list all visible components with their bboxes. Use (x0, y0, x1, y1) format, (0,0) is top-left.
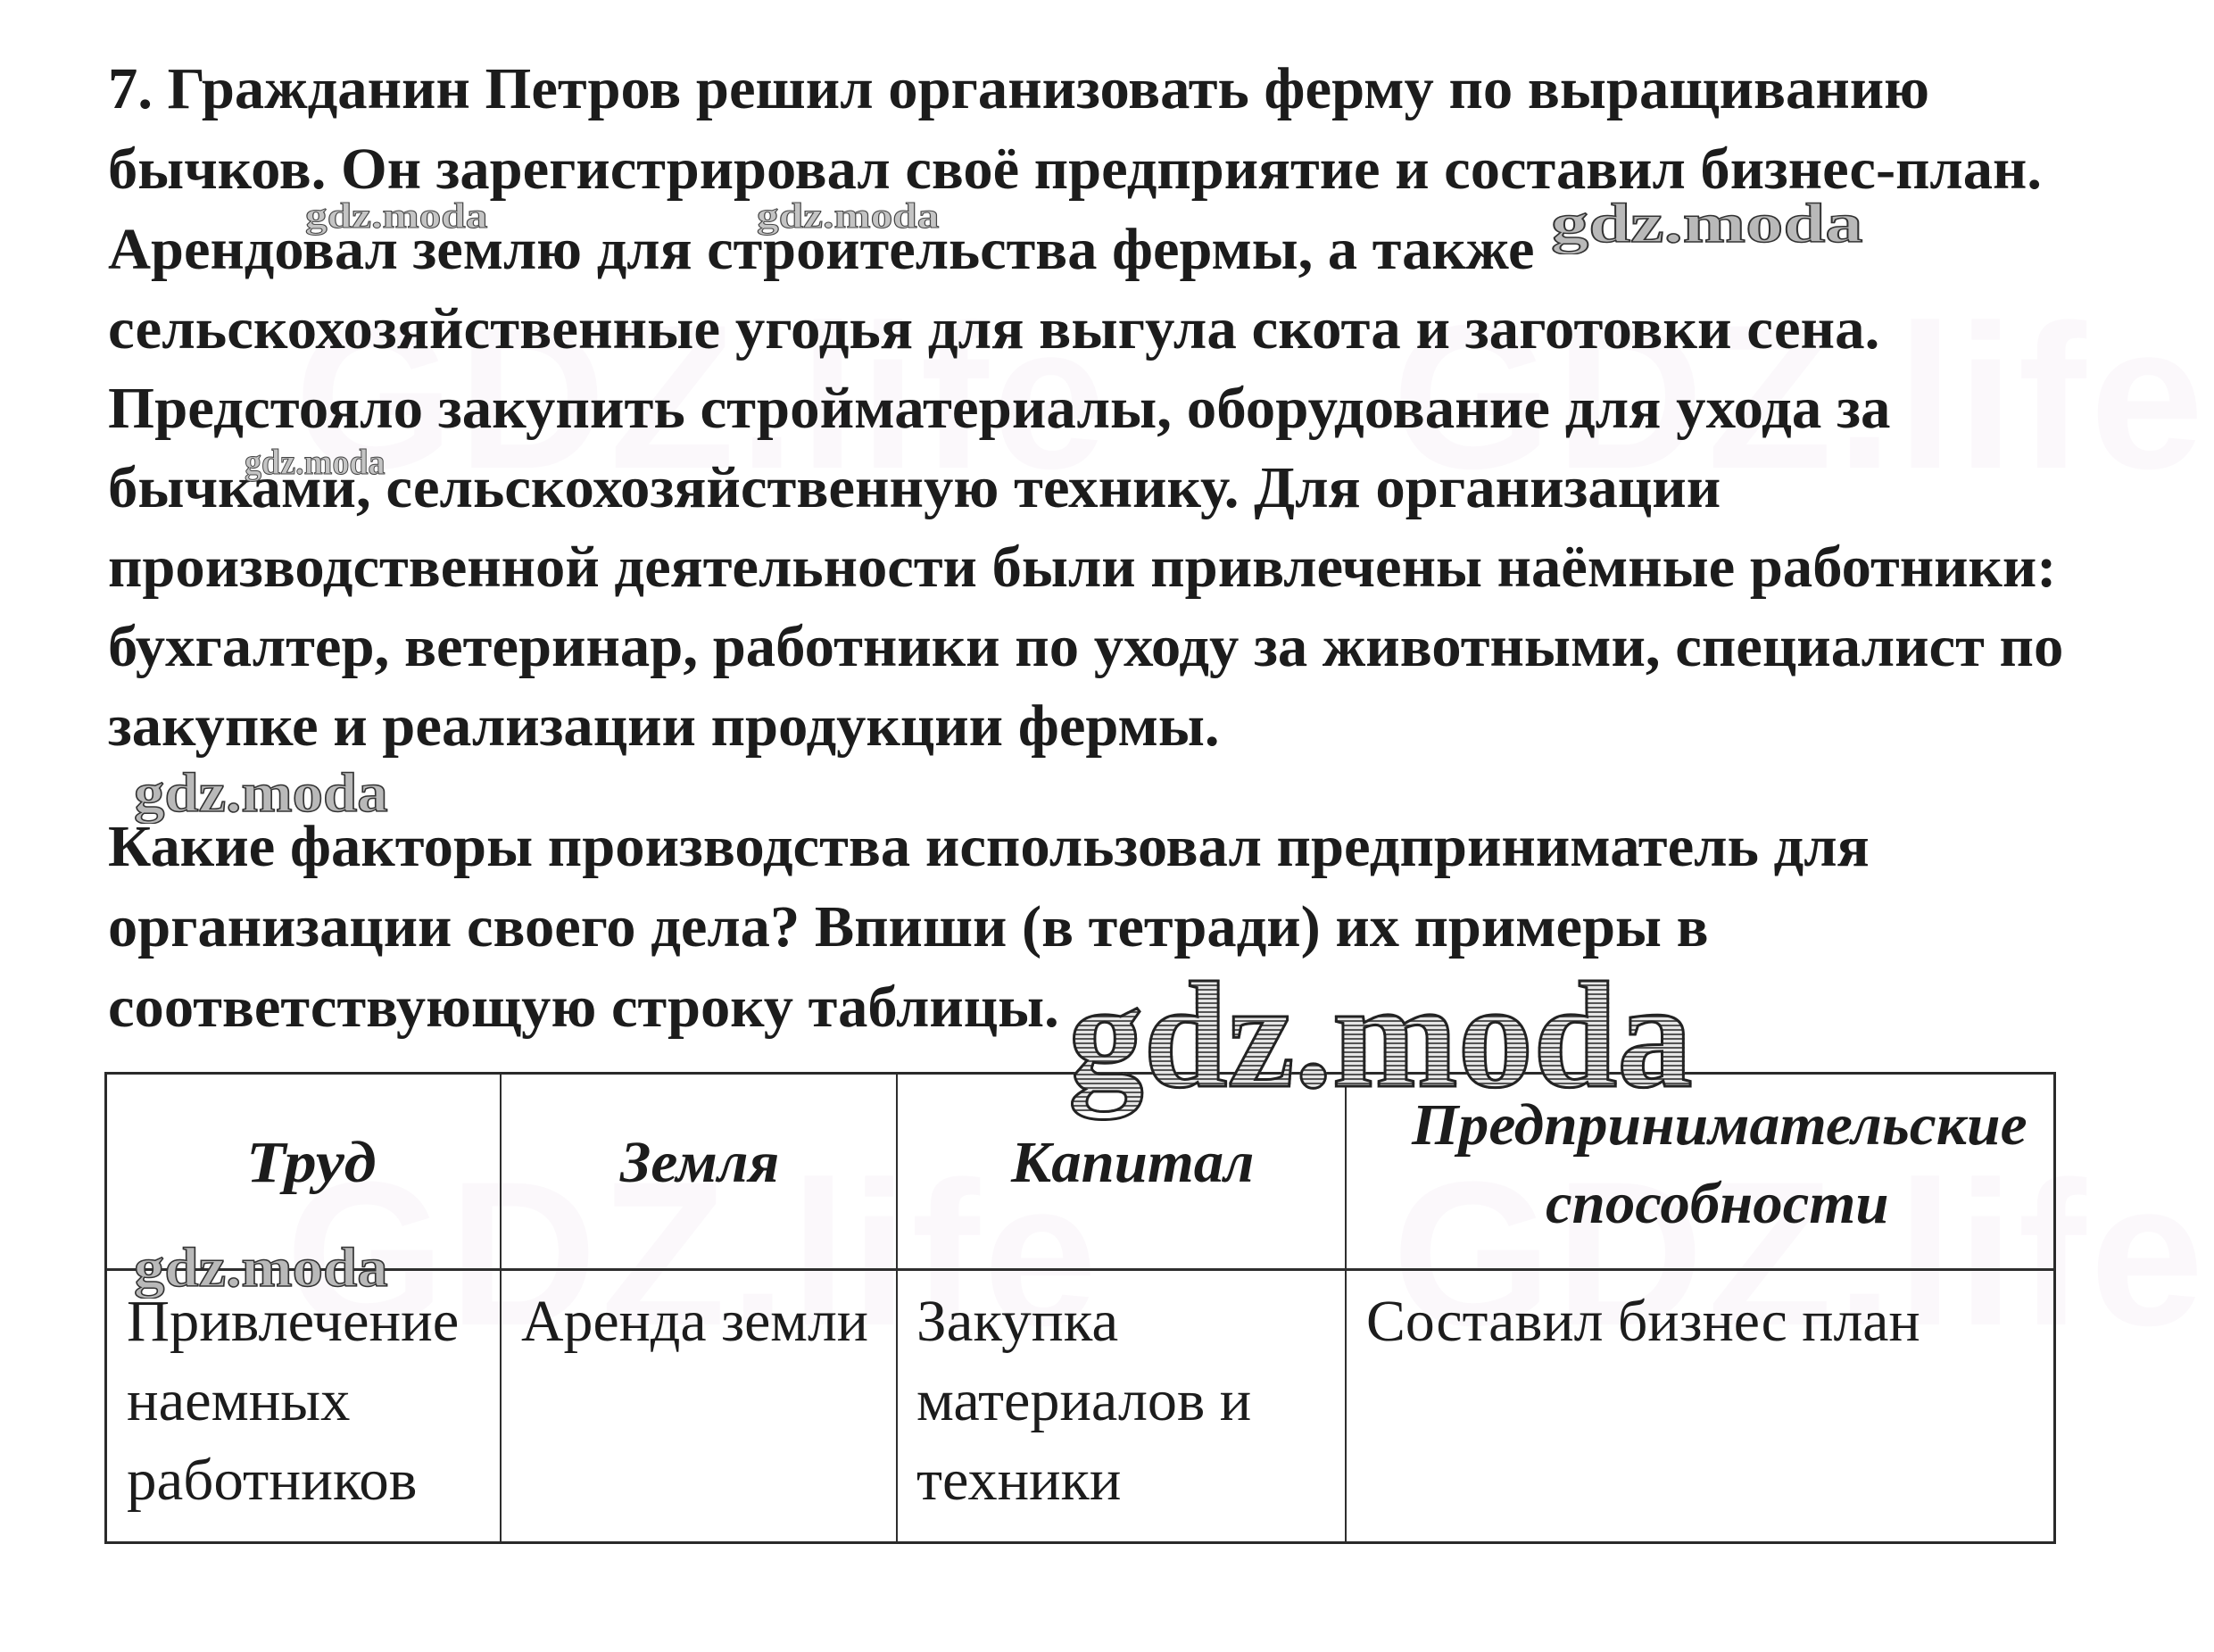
question-line: Какие факторы производства использовал п… (108, 818, 1870, 876)
cell-labor: Привлечение (127, 1292, 459, 1351)
header-capital: Капитал (1011, 1133, 1254, 1192)
column-divider (500, 1075, 502, 1541)
task-line: закупке и реализации продукции фермы. (108, 697, 1220, 756)
column-divider (896, 1075, 898, 1541)
cell-capital: Закупка (916, 1292, 1118, 1351)
site-watermark: gdz.moda (134, 1241, 388, 1296)
cell-capital: материалов и (916, 1372, 1251, 1431)
site-watermark: gdz.moda (134, 766, 388, 821)
task-line: бычков. Он зарегистрировал своё предприя… (108, 140, 2042, 199)
textbook-page: GDZ.life GDZ.life GDZ.life GDZ.life 7. Г… (0, 0, 2214, 1652)
cell-land: Аренда земли (521, 1292, 868, 1351)
header-land: Земля (620, 1133, 779, 1192)
site-watermark: gdz.moda (245, 444, 386, 480)
site-watermark: gdz.moda (757, 198, 939, 234)
cell-capital: техники (916, 1451, 1121, 1510)
cell-labor: наемных (127, 1372, 350, 1431)
site-watermark: gdz.moda (305, 198, 487, 234)
task-line: 7. Гражданин Петров решил организовать ф… (108, 60, 1929, 119)
task-line: производственной деятельности были привл… (108, 538, 2056, 597)
question-line: организации своего дела? Впиши (в тетрад… (108, 898, 1709, 957)
header-entrepreneurship-line2: способности (1546, 1175, 1889, 1233)
cell-labor: работников (127, 1451, 417, 1510)
header-divider (107, 1268, 2053, 1271)
site-watermark: gdz.moda (1551, 196, 1863, 252)
question-line: соответствующую строку таблицы. (108, 978, 1059, 1037)
task-line: бухгалтер, ветеринар, работники по уходу… (108, 618, 2063, 677)
task-line: Предстояло закупить стройматериалы, обор… (108, 379, 1890, 438)
cell-entrepreneurship: Составил бизнес план (1366, 1292, 1920, 1351)
column-divider (1345, 1075, 1347, 1541)
task-line: сельскохозяйственные угодья для выгула с… (108, 300, 1879, 359)
header-labor: Труд (246, 1133, 377, 1192)
site-watermark-large: gdz.moda (1068, 959, 1693, 1111)
